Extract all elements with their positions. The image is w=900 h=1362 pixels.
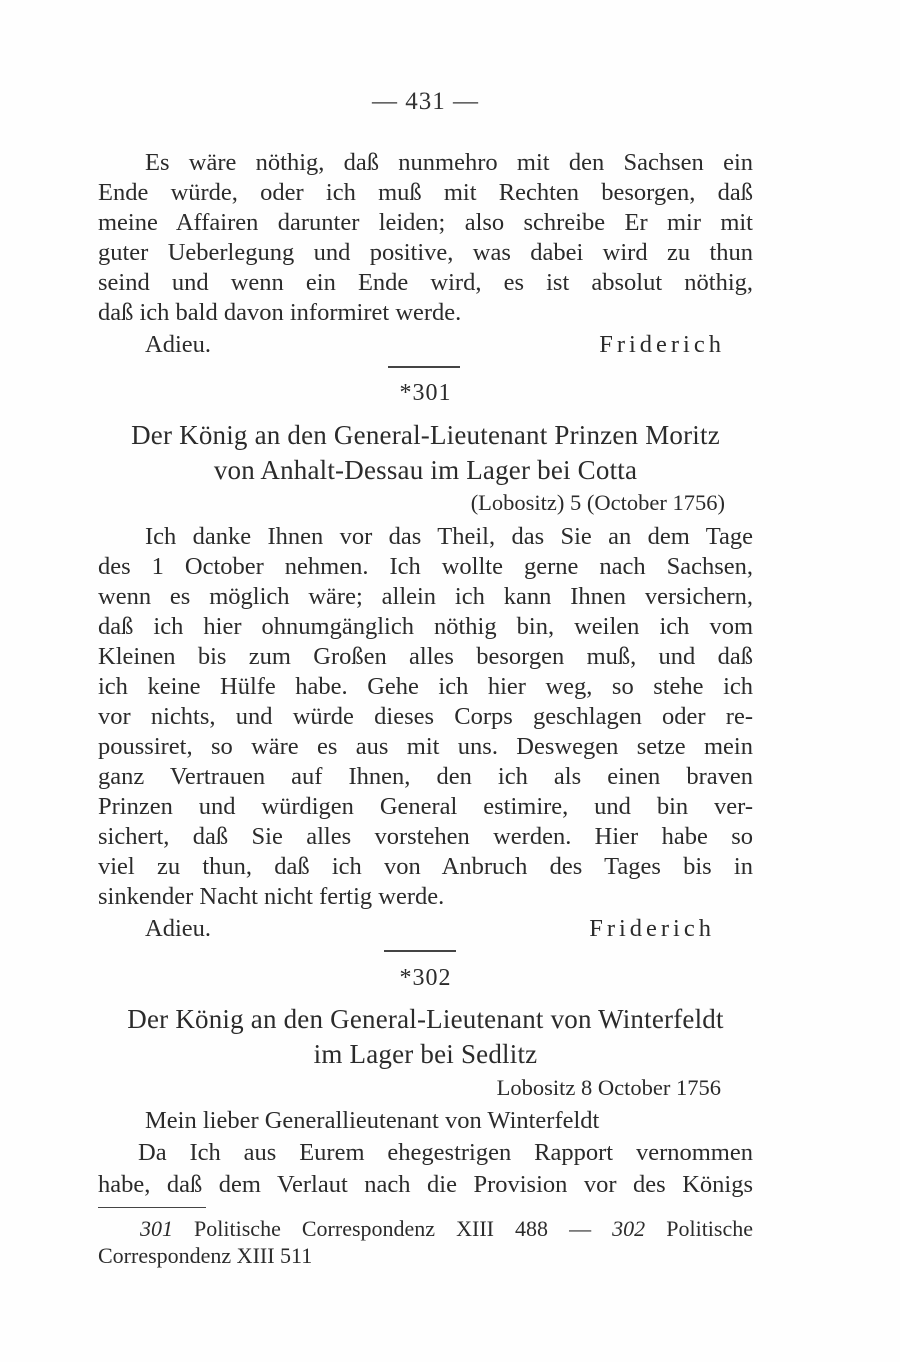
letter-heading: Der König an den General-Lieutenant Prin…: [98, 420, 753, 450]
signature: Friderich: [589, 914, 715, 944]
section-divider: [384, 950, 456, 952]
paragraph-line: habe, daß dem Verlaut nach die Provision…: [98, 1170, 753, 1200]
paragraph-line: Prinzen und würdigen General estimire, u…: [98, 792, 753, 822]
letter-number: *301: [98, 378, 753, 408]
paragraph-line: daß ich bald davon informiret werde.: [98, 298, 753, 328]
footnote-text: Politische Correspondenz XIII 488 —: [173, 1216, 612, 1241]
paragraph-line: sinkender Nacht nicht fertig werde.: [98, 882, 753, 912]
letter-date: Lobositz 8 October 1756: [98, 1073, 753, 1103]
letter-number: *302: [98, 963, 753, 993]
letter-heading: im Lager bei Sedlitz: [98, 1039, 753, 1069]
page-number: — 431 —: [98, 88, 753, 116]
footnote-line: Correspondenz XIII 511: [98, 1242, 753, 1269]
salutation: Mein lieber Generallieutenant von Winter…: [98, 1106, 753, 1136]
paragraph-line: poussiret, so wäre es aus mit uns. Deswe…: [98, 732, 753, 762]
paragraph-line: ich keine Hülfe habe. Gehe ich hier weg,…: [98, 672, 753, 702]
closing-adieu: Adieu.: [145, 330, 211, 360]
paragraph-line: meine Affairen darunter leiden; also sch…: [98, 208, 753, 238]
footnote-divider: [98, 1207, 206, 1208]
letter-date: (Lobositz) 5 (October 1756): [98, 488, 753, 518]
paragraph-line: guter Ueberlegung und positive, was dabe…: [98, 238, 753, 268]
paragraph-line: viel zu thun, daß ich von Anbruch des Ta…: [98, 852, 753, 882]
footnote-number: 302: [612, 1216, 645, 1241]
paragraph-line: daß ich hier ohnumgänglich nöthig bin, w…: [98, 612, 753, 642]
paragraph-line: vor nichts, und würde dieses Corps gesch…: [98, 702, 753, 732]
paragraph-line: seind und wenn ein Ende wird, es ist abs…: [98, 268, 753, 298]
signature: Friderich: [599, 330, 725, 360]
paragraph-line: Kleinen bis zum Großen alles besorgen mu…: [98, 642, 753, 672]
footnote-number: 301: [140, 1216, 173, 1241]
section-divider: [388, 366, 460, 368]
paragraph-line: Es wäre nöthig, daß nunmehro mit den Sac…: [98, 148, 753, 178]
footnote-line: 301 Politische Correspondenz XIII 488 — …: [98, 1215, 753, 1242]
paragraph-line: Ich danke Ihnen vor das Theil, das Sie a…: [98, 522, 753, 552]
letter-heading: von Anhalt-Dessau im Lager bei Cotta: [98, 455, 753, 485]
paragraph-line: Da Ich aus Eurem ehegestrigen Rapport ve…: [98, 1138, 753, 1168]
closing-adieu: Adieu.: [145, 914, 211, 944]
footnote-text: Politische: [645, 1216, 753, 1241]
letter-heading: Der König an den General-Lieutenant von …: [98, 1004, 753, 1034]
paragraph-line: ganz Vertrauen auf Ihnen, den ich als ei…: [98, 762, 753, 792]
paragraph-line: wenn es möglich wäre; allein ich kann Ih…: [98, 582, 753, 612]
paragraph-line: Ende würde, oder ich muß mit Rechten bes…: [98, 178, 753, 208]
paragraph-line: des 1 October nehmen. Ich wollte gerne n…: [98, 552, 753, 582]
paragraph-line: sichert, daß Sie alles vorstehen werden.…: [98, 822, 753, 852]
